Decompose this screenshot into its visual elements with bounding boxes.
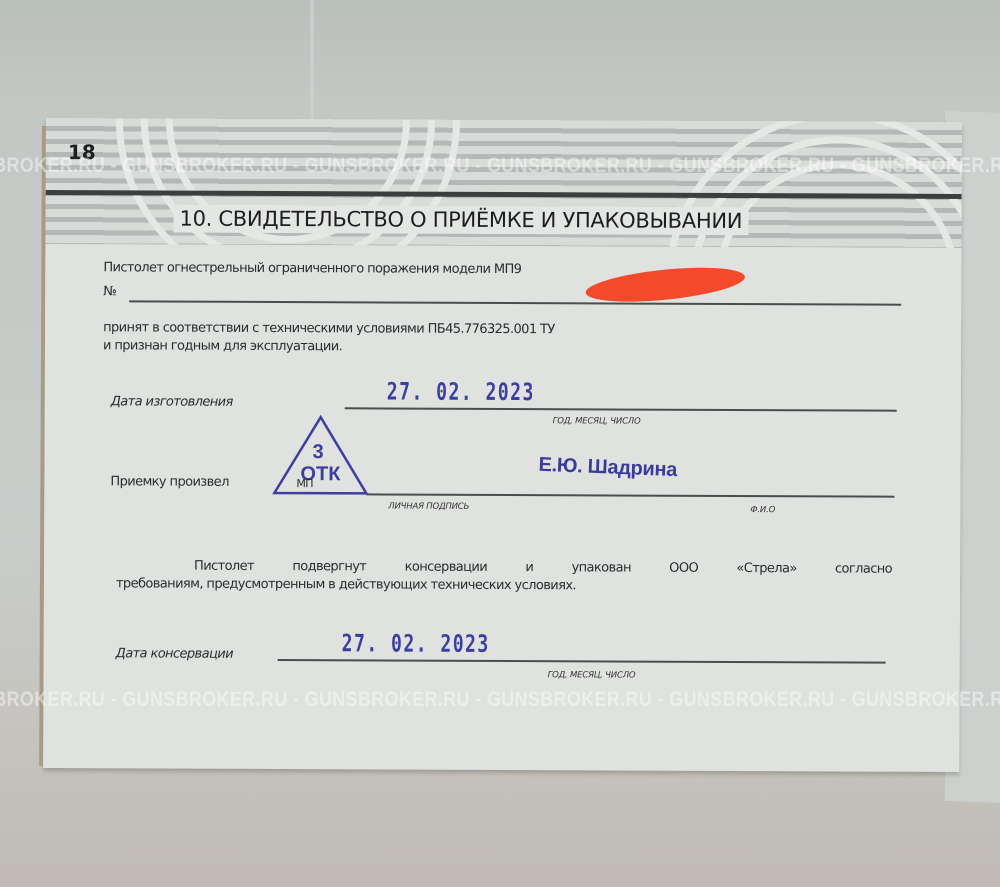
conservation-date-label: Дата консервации: [116, 646, 233, 662]
packaging-paragraph-line-1: Пистолет подвергнут консервации и упаков…: [116, 558, 892, 576]
serial-label: №: [103, 284, 116, 299]
manufacture-date-label: Дата изготовления: [111, 394, 233, 410]
accepted-by-label: Приемку произвел: [110, 474, 228, 490]
manufacture-date-stamp: 27. 02. 2023: [387, 377, 535, 406]
manufacture-date-line: [345, 407, 897, 411]
watermark-bottom: GUNSBROKER.RU - GUNSBROKER.RU - GUNSBROK…: [0, 688, 790, 712]
section-title: 10. СВИДЕТЕЛЬСТВО О ПРИЁМКЕ И УПАКОВЫВАН…: [174, 205, 749, 236]
signature-line: [366, 493, 894, 497]
otk-stamp-number: 3: [312, 441, 323, 464]
seal-hint: МП: [296, 477, 313, 490]
manufacture-date-hint: ГОД, МЕСЯЦ, ЧИСЛО: [553, 416, 641, 426]
watermark-top: GUNSBROKER.RU - GUNSBROKER.RU - GUNSBROK…: [0, 154, 790, 178]
fio-hint: Ф.И.О: [750, 505, 775, 515]
serial-redaction: [584, 262, 746, 308]
passport-page: 18 10. СВИДЕТЕЛЬСТВО О ПРИЁМКЕ И УПАКОВЫ…: [43, 118, 962, 772]
packaging-paragraph-line-2: требованиям, предусмотренным в действующ…: [116, 576, 576, 593]
signature-hint: ЛИЧНАЯ ПОДПИСЬ: [388, 501, 469, 511]
product-description: Пистолет огнестрельный ограниченного пор…: [103, 260, 521, 277]
conservation-date-stamp: 27. 02. 2023: [342, 629, 490, 658]
conservation-date-line: [278, 659, 886, 664]
conservation-date-hint: ГОД, МЕСЯЦ, ЧИСЛО: [548, 670, 636, 680]
conformity-line-2: и признан годным для эксплуатации.: [103, 338, 342, 354]
serial-field-line: [129, 300, 901, 305]
page-header-band: 18 10. СВИДЕТЕЛЬСТВО О ПРИЁМКЕ И УПАКОВЫ…: [45, 118, 962, 248]
background-surface: [310, 0, 314, 120]
conformity-line-1: принят в соответствии с техническими усл…: [103, 320, 555, 337]
inspector-name-stamp: Е.Ю. Шадрина: [538, 454, 677, 482]
